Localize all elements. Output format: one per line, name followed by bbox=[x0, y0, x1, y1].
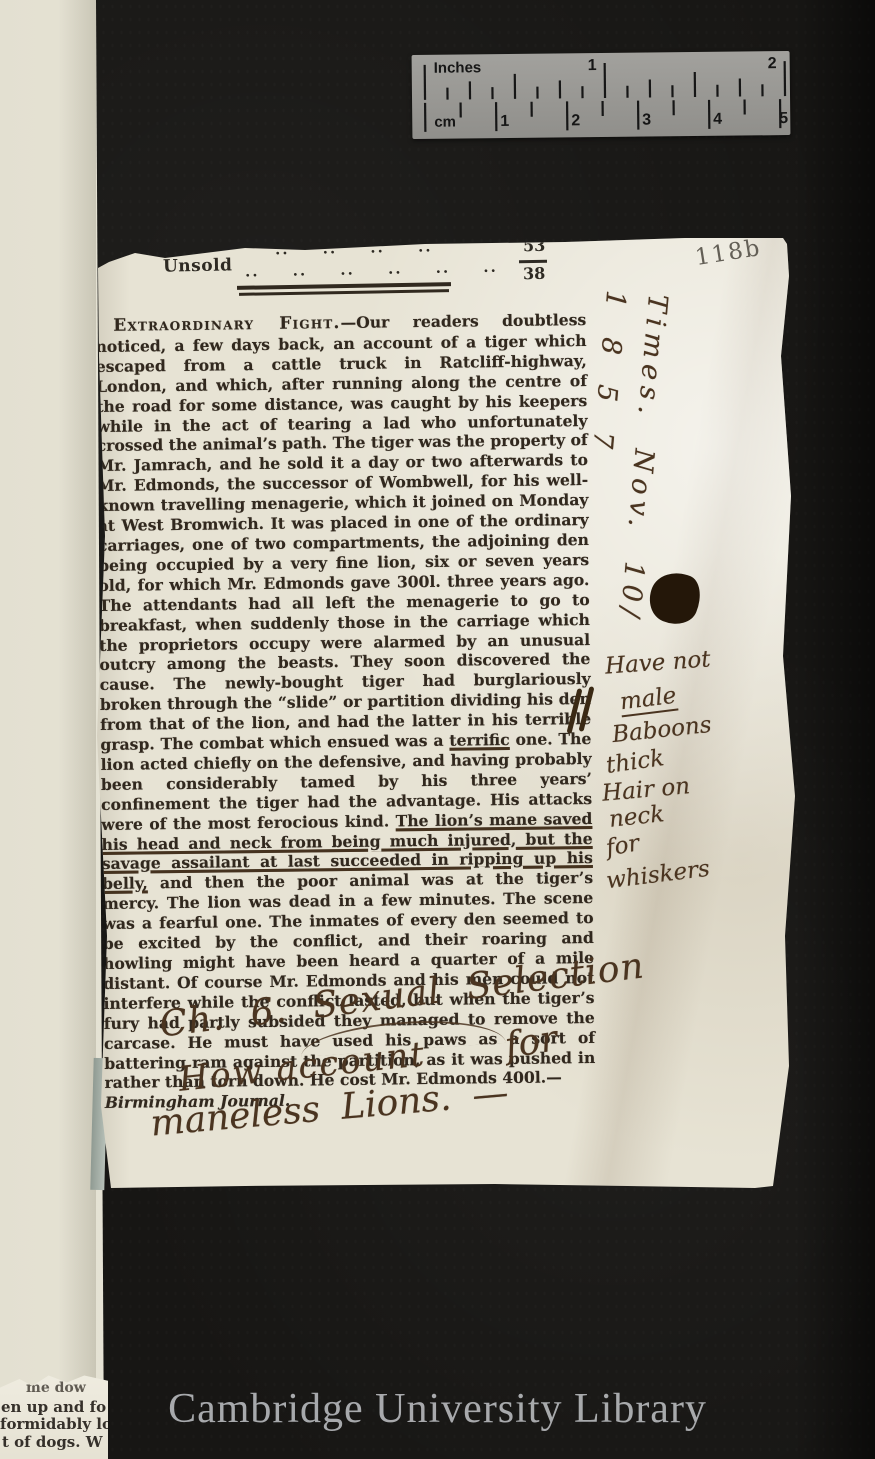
ruler-cm-5: 5 bbox=[779, 110, 788, 128]
ruler-cm-2: 2 bbox=[571, 112, 580, 130]
ruler-inches-label: Inches bbox=[434, 59, 482, 76]
ruler-inch-2: 2 bbox=[768, 55, 777, 73]
ruler-inch-1: 1 bbox=[588, 57, 597, 75]
chapter-note-line2b: for bbox=[502, 1018, 560, 1067]
article-headline: Extraordinary Fight. bbox=[113, 313, 341, 336]
ledger-label-unsold: Unsold bbox=[163, 255, 233, 276]
fragment-text-line: t of dogs. W bbox=[2, 1433, 103, 1451]
double-rule-top bbox=[237, 282, 451, 289]
scale-ruler: Inches 1 2 cm 1 2 3 4 5 bbox=[412, 51, 791, 139]
archive-photograph: Inches 1 2 cm 1 2 3 4 5 .. .. .. .. 53 U… bbox=[0, 0, 875, 1459]
library-watermark: Cambridge University Library bbox=[0, 1385, 875, 1433]
double-rule-bottom bbox=[239, 289, 449, 295]
ruler-cm-label: cm bbox=[434, 114, 456, 131]
book-page-edge bbox=[58, 0, 96, 1459]
ledger-value-bottom: 38 bbox=[523, 264, 546, 283]
ledger-sum-line bbox=[519, 260, 547, 263]
ruler-cm-4: 4 bbox=[713, 111, 722, 129]
cloth-right-shadow bbox=[795, 0, 875, 1459]
ledger-dots-row2: .. .. .. .. .. .. .. bbox=[245, 257, 510, 280]
ruler-cm-1: 1 bbox=[500, 113, 509, 131]
article-opening: —Our readers doubtless noticed, a few da… bbox=[95, 310, 591, 754]
ruler-cm-3: 3 bbox=[642, 111, 651, 129]
ink-underlined-word: terrific bbox=[449, 730, 510, 750]
